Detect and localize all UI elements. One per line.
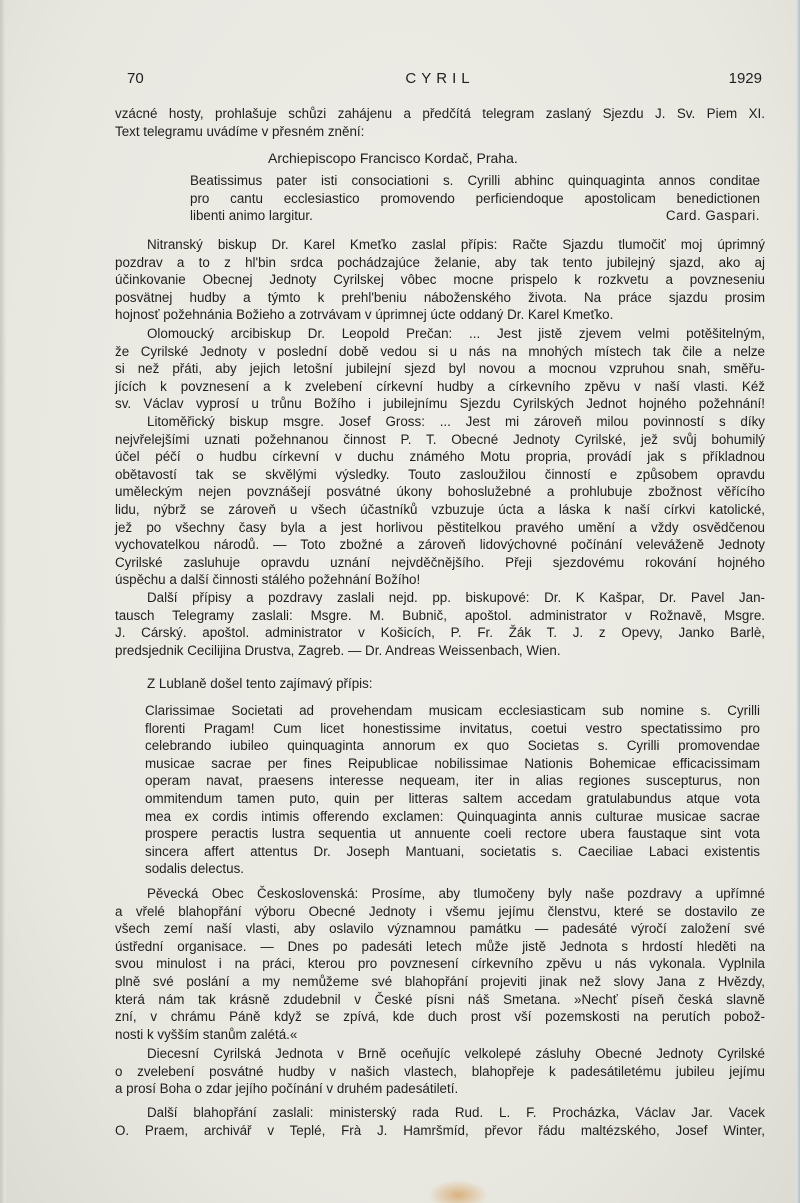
text-line: Další blahopřání zaslali: ministerský ra…: [115, 1104, 765, 1122]
text-line: Další přípisy a pozdravy zaslali nejd. p…: [115, 589, 765, 607]
text-line: o zvelebení posvátné hudby v našich vlas…: [115, 1063, 765, 1081]
text-line: Cyrilské zasluhuje opravdu uznání nejvdě…: [115, 554, 765, 572]
paragraph-litomerice: Litoměřický biskup msgre. Josef Gross: .…: [115, 413, 765, 589]
paragraph-further-congratulations: Další blahopřání zaslali: ministerský ra…: [115, 1104, 765, 1139]
text-line: Pěvecká Obec Československá: Prosíme, ab…: [115, 885, 765, 903]
text-line: tausch Telegramy zaslali: Msgre. M. Bubn…: [115, 607, 765, 625]
text-line: Litoměřický biskup msgre. Josef Gross: .…: [115, 413, 765, 431]
text-line: úspěchu a další činnosti stálého požehná…: [115, 571, 765, 589]
paper-stain: [428, 1180, 488, 1203]
text-line: zní, v chrámu Páně když se zpívá, kde du…: [115, 1008, 765, 1026]
text-line: lidu, nýbrž se zároveň u všech účastníků…: [115, 501, 765, 519]
page-right-edge: [796, 0, 800, 1203]
text-line: jež po všechny časy byla a jest horlivou…: [115, 519, 765, 537]
telegram-signature: Card. Gaspari.: [666, 207, 760, 225]
text-line: svou minulost i na práci, kterou pro pov…: [115, 955, 765, 973]
text-line: operam navat, praesens interesse nequeam…: [145, 772, 760, 790]
text-line: O. Praem, archivář v Teplé, Frà J. Hamrš…: [115, 1122, 765, 1140]
text-line: ústřední organisace. — Dnes po padesáti …: [115, 938, 765, 956]
text-line: která nám tak krásně zdudebnil v České p…: [115, 991, 765, 1009]
scanned-page: 70 CYRIL 1929 vzácné hosty, prohlašuje s…: [0, 0, 800, 1203]
paragraph-lublan-intro: Z Lublaně došel tento zajímavý přípis:: [115, 675, 765, 693]
text-line: Clarissimae Societati ad provehendam mus…: [145, 702, 760, 720]
text-line: Olomoucký arcibiskup Dr. Leopold Prečan:…: [115, 325, 765, 343]
text-line: celebrando iubileo quinquaginta annorum …: [145, 737, 760, 755]
text-line: sv. Václav vyprosí u trůnu Božího i jubi…: [115, 395, 765, 413]
text-line: Diecesní Cyrilská Jednota v Brně oceňují…: [115, 1045, 765, 1063]
text-line: jících k povznesení a k zvelebení církev…: [115, 378, 765, 396]
text-line: vychovatelkou národů. — Toto zbožné a zá…: [115, 536, 765, 554]
text-line: že Cyrilské Jednoty v poslední době vedo…: [115, 343, 765, 361]
text-line: obětavostí tak se skvělými výsledky. Tou…: [115, 466, 765, 484]
page-left-edge: [0, 0, 6, 1203]
text-line: Nitranský biskup Dr. Karel Kmeťko zaslal…: [115, 236, 765, 254]
paragraph-lublan-letter: Clarissimae Societati ad provehendam mus…: [145, 702, 760, 878]
paragraph-other-greetings: Další přípisy a pozdravy zaslali nejd. p…: [115, 589, 765, 659]
text-line: uměleckým nejen povznášejí posvátné úkon…: [115, 483, 765, 501]
text-line: posvätnej hudby a týmto k prehl'beniu ná…: [115, 289, 765, 307]
text-line: Beatissimus pater isti consociationi s. …: [190, 172, 760, 190]
text-line: florenti Pragam! Cum licet honestissime …: [145, 720, 760, 738]
intro-paragraph: vzácné hosty, prohlašuje schůzi zahájenu…: [115, 105, 765, 140]
journal-title: CYRIL: [115, 70, 765, 87]
telegram-closing: libenti animo largitur.: [190, 208, 313, 223]
text-line: pro cantu ecclesiastico promovendo perfi…: [190, 190, 760, 208]
text-line: ommitendum tamen puto, quin per litteras…: [145, 790, 760, 808]
text-line: sodalis delectus.: [145, 860, 760, 878]
text-line: J. Cárský. apoštol. administrator v Koši…: [115, 624, 765, 642]
text-line: účinkovanie Obecnej Jednoty Cyrilskej vô…: [115, 271, 765, 289]
text-line: predsjednik Cecilijina Drustva, Zagreb. …: [115, 642, 765, 660]
publication-year: 1929: [729, 70, 762, 87]
paragraph-nitra: Nitranský biskup Dr. Karel Kmeťko zaslal…: [115, 236, 765, 324]
text-line: Z Lublaně došel tento zajímavý přípis:: [115, 675, 765, 693]
text-line: si než přáti, aby jejich letošní jubilej…: [115, 360, 765, 378]
text-line: účel péčí o hudbu církevní v duchu známé…: [115, 448, 765, 466]
running-header: 70 CYRIL 1929: [115, 70, 765, 94]
text-line: musicae sacrae per fines Reipublicae nob…: [145, 755, 760, 773]
text-line: sincera affert attentus Dr. Joseph Mantu…: [145, 843, 760, 861]
paragraph-olomouc: Olomoucký arcibiskup Dr. Leopold Prečan:…: [115, 325, 765, 413]
text-line: hojnosť požehnánia Božieho a zotrvávam v…: [115, 306, 765, 324]
text-line: nosti k vyšším stanům zalétá.«: [115, 1026, 765, 1044]
text-line: všech zemí naší vlasti, aby oslavilo výz…: [115, 920, 765, 938]
telegram-body: Beatissimus pater isti consociationi s. …: [190, 172, 760, 225]
text-line: vzácné hosty, prohlašuje schůzi zahájenu…: [115, 105, 765, 123]
text-line: libenti animo largitur. Card. Gaspari.: [190, 207, 760, 225]
text-line: a prosí Boha o zdar jejího počínání v dr…: [115, 1080, 765, 1098]
paragraph-pevecka-obec: Pěvecká Obec Československá: Prosíme, ab…: [115, 885, 765, 1043]
text-line: nejvřelejšími uznati požehnanou činnost …: [115, 431, 765, 449]
telegram-addressee: Archiepiscopo Francisco Kordač, Praha.: [268, 150, 518, 166]
text-line: a vřelé blahopřání výboru Obecné Jednoty…: [115, 903, 765, 921]
text-line: plně své poslání a my nemůžeme své blaho…: [115, 973, 765, 991]
text-line: pozdrav a to z hl'bin srdca pochádzajúce…: [115, 254, 765, 272]
text-line: Text telegramu uvádíme v přesném znění:: [115, 123, 765, 141]
paragraph-brno: Diecesní Cyrilská Jednota v Brně oceňují…: [115, 1045, 765, 1098]
text-line: prospere peractis lustra sequentia ut an…: [145, 825, 760, 843]
text-line: mea ex cordis intimis offerendo exclamen…: [145, 808, 760, 826]
